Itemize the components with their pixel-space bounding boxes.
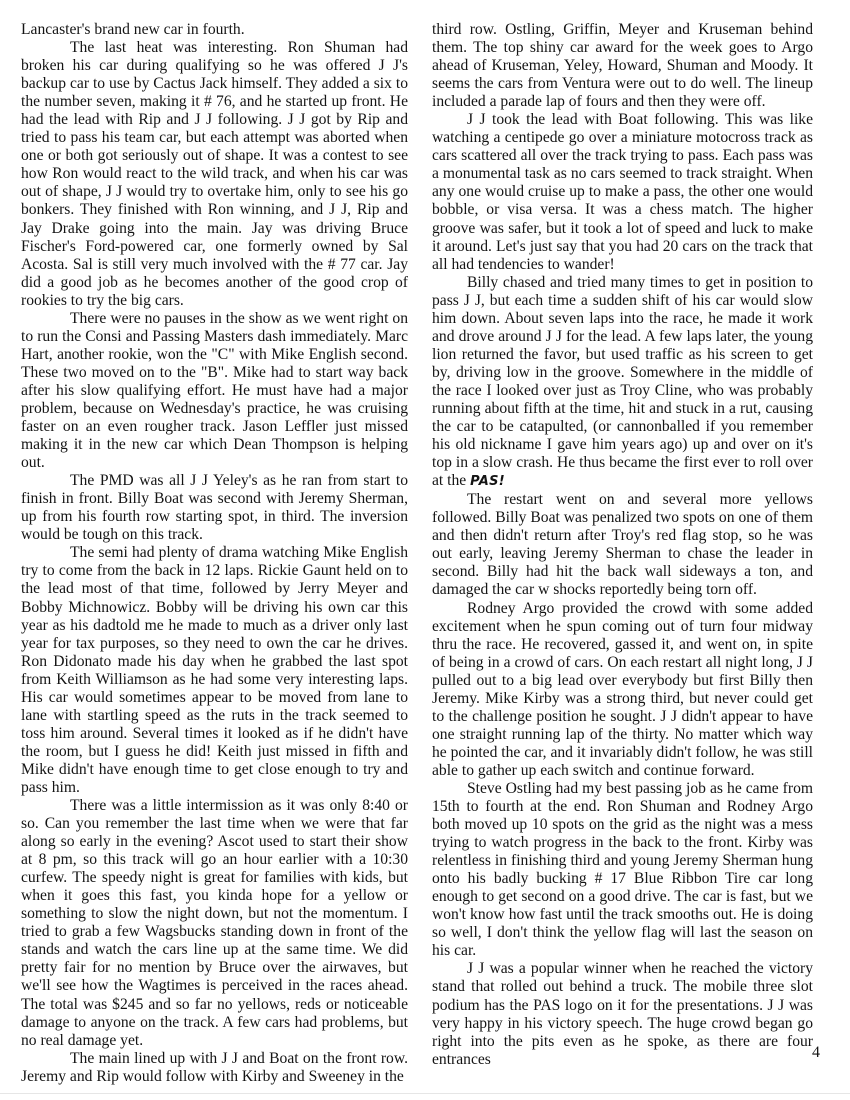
right-column: third row. Ostling, Griffin, Meyer and K…: [432, 21, 813, 1069]
paragraph: The PMD was all J J Yeley's as he ran fr…: [21, 472, 408, 544]
paragraph: The main lined up with J J and Boat on t…: [21, 1050, 408, 1086]
left-column: Lancaster's brand new car in fourth. The…: [21, 21, 408, 1086]
paragraph: J J took the lead with Boat following. T…: [432, 111, 813, 273]
paragraph: Lancaster's brand new car in fourth.: [21, 21, 408, 39]
paragraph: The semi had plenty of drama watching Mi…: [21, 544, 408, 797]
paragraph-text: Billy chased and tried many times to get…: [432, 274, 813, 490]
paragraph: Billy chased and tried many times to get…: [432, 274, 813, 492]
paragraph: third row. Ostling, Griffin, Meyer and K…: [432, 21, 813, 111]
page-edge-divider: [0, 1093, 850, 1094]
document-page: Lancaster's brand new car in fourth. The…: [0, 0, 850, 1100]
paragraph: There were no pauses in the show as we w…: [21, 310, 408, 472]
paragraph: Rodney Argo provided the crowd with some…: [432, 600, 813, 780]
paragraph: J J was a popular winner when he reached…: [432, 960, 813, 1068]
pas-logo: PAS!: [470, 474, 505, 489]
page-number: 4: [812, 1044, 820, 1062]
paragraph: Steve Ostling had my best passing job as…: [432, 780, 813, 960]
paragraph: There was a little intermission as it wa…: [21, 797, 408, 1050]
paragraph: The last heat was interesting. Ron Shuma…: [21, 39, 408, 310]
paragraph: The restart went on and several more yel…: [432, 491, 813, 599]
